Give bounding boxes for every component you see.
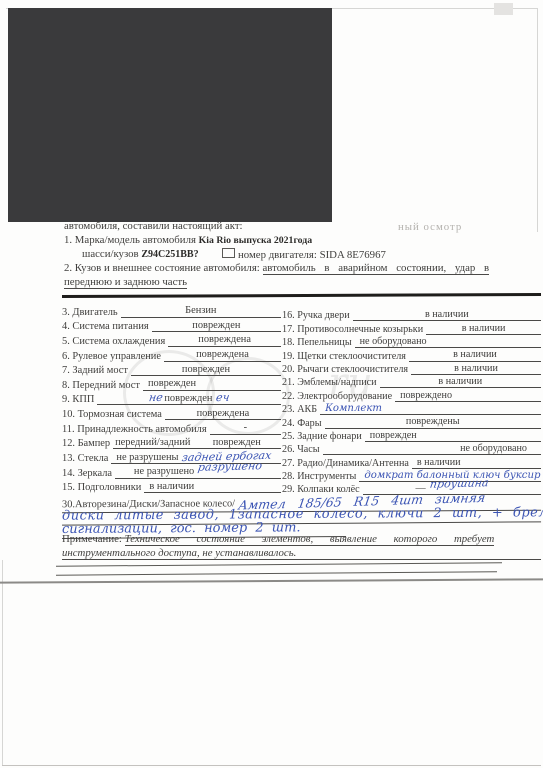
note-label: Примечание: xyxy=(62,533,122,545)
form-row: 9. КППнеповрежденеч xyxy=(62,391,281,406)
item-label: 5. Система охлаждения xyxy=(62,336,168,347)
form-row: 11. Принадлежность автомобиля- xyxy=(62,420,281,435)
item-label: 24. Фары xyxy=(282,418,325,429)
item-value: не разрушены xyxy=(116,452,178,463)
item-value-blank: неповрежденеч xyxy=(97,392,281,405)
form-row: 19. Щетки стеклоочистителяв наличии xyxy=(282,348,541,361)
item2-line1: 2. Кузов и внешнее состояние автомобиля:… xyxy=(64,262,489,274)
item-label: 26. Часы xyxy=(282,444,323,455)
form-row: 20. Рычаги стеклоочистителяв наличии xyxy=(282,362,541,375)
form-row: 27. Радио/Динамика/Антеннав наличии xyxy=(282,455,541,468)
section-divider-line xyxy=(62,293,541,298)
form-row: 7. Задний мостповрежден xyxy=(62,362,281,377)
note-line1: Примечание: Техническое состояние элемен… xyxy=(62,533,541,545)
page-edge-right xyxy=(537,8,538,232)
form-row: 14. Зеркалане разрушеноразрушено xyxy=(62,464,281,479)
item-value: поврежден xyxy=(370,430,417,441)
note-line2: инструментального доступа, не устанавлив… xyxy=(62,547,541,560)
page-edge-left xyxy=(2,560,3,766)
form-row: 15. Подголовникив наличии xyxy=(62,479,281,494)
page-edge-bottom xyxy=(2,765,541,766)
chassis-label: шасси/кузов xyxy=(82,248,139,260)
item-value: поврежден xyxy=(182,364,230,375)
item-value: в наличии xyxy=(454,363,498,374)
scan-corner-smudge xyxy=(494,3,513,15)
form-row: 17. Противосолнечные козырькив наличии xyxy=(282,321,541,334)
item-value: в наличии xyxy=(417,457,461,468)
item2-line2: переднюю и заднюю часть xyxy=(64,276,187,289)
item1-value: Kia Rio выпуска 2021года xyxy=(199,235,312,246)
item-value-blank: повреждена xyxy=(164,349,281,361)
item-value: повреждено xyxy=(400,390,452,401)
item-value: поврежден xyxy=(213,437,261,448)
item-value: Бензин xyxy=(185,305,216,316)
item-label: 14. Зеркала xyxy=(62,468,115,479)
item-label: 28. Инструменты xyxy=(282,471,359,482)
item-value: поврежден xyxy=(164,393,212,404)
item-label: 7. Задний мост xyxy=(62,365,131,376)
item-label: 12. Бампер xyxy=(62,438,113,449)
item-label: 13. Стекла xyxy=(62,453,111,464)
item-value: повреждена xyxy=(198,334,251,345)
item-value: Комплект xyxy=(325,403,382,414)
item-value: не оборудовано xyxy=(360,336,427,347)
item-value-blank: повреждена xyxy=(165,408,281,420)
blank-ruled-line xyxy=(56,570,497,575)
form-row: 18. Пепельницыне оборудовано xyxy=(282,335,541,348)
item-value-blank: поврежден xyxy=(131,364,281,376)
form-row: 3. ДвигательБензин xyxy=(62,303,281,318)
item-value-blank: поврежден xyxy=(152,320,281,332)
act-intro-line: автомобиля, составили настоящий акт: xyxy=(64,220,243,232)
item-value: - xyxy=(244,422,247,433)
item-value: в наличии xyxy=(438,376,482,387)
note-text: инструментального доступа, не устанавлив… xyxy=(62,547,296,559)
form-row: 4. Система питанияповрежден xyxy=(62,318,281,333)
item-value-blank: в наличии xyxy=(426,323,541,335)
document-page: ru автомобиля, составили настоящий акт: … xyxy=(0,0,543,768)
form-row: 24. Фарыповреждены xyxy=(282,415,541,428)
item-label: 18. Пепельницы xyxy=(282,337,355,348)
form-row: 5. Система охлажденияповреждена xyxy=(62,332,281,347)
chassis-line: шасси/кузов Z94C251BB? xyxy=(82,248,199,260)
item-value: повреждена xyxy=(196,349,249,360)
scan-redaction-block xyxy=(8,8,332,222)
form-row: 25. Задние фонариповрежден xyxy=(282,429,541,442)
item-value: поврежден xyxy=(148,378,196,389)
item-value: повреждены xyxy=(406,416,460,427)
item-value: не оборудовано xyxy=(460,443,527,454)
chassis-value: Z94C251BB? xyxy=(141,249,198,260)
form-row: 6. Рулевое управлениеповреждена xyxy=(62,347,281,362)
item-label: 10. Тормозная система xyxy=(62,409,165,420)
item-label: 22. Электрооборудование xyxy=(282,391,395,402)
item-value-blank: не оборудовано xyxy=(323,443,541,455)
item-label: 15. Подголовники xyxy=(62,482,144,493)
item-label: 4. Система питания xyxy=(62,321,152,332)
form-row: 12. Бамперпередний/заднийповрежден xyxy=(62,435,281,450)
item-value-blank: в наличии xyxy=(144,481,281,493)
form-row: 16. Ручка дверив наличии xyxy=(282,308,541,321)
item2-value: автомобиль в аварийном состоянии, удар в xyxy=(263,262,490,275)
item-value-blank: - xyxy=(210,422,281,434)
item-label: 25. Задние фонари xyxy=(282,431,365,442)
form-row: 21. Эмблемы/надписив наличии xyxy=(282,375,541,388)
item-value-blank: не разрушеноразрушено xyxy=(115,465,281,478)
checklist-right-column: 16. Ручка дверив наличии17. Противосолне… xyxy=(282,308,541,495)
item-value-blank: поврежден xyxy=(143,378,281,390)
item1-line: 1. Марка/модель автомобиля Kia Rio выпус… xyxy=(64,234,312,246)
blank-ruled-line xyxy=(56,561,502,567)
item-label: 9. КПП xyxy=(62,394,97,405)
item-value-blank: в наличии xyxy=(353,309,541,321)
item-label: 6. Рулевое управление xyxy=(62,351,164,362)
faint-right-text: ный осмотр xyxy=(398,221,462,233)
item-label: 16. Ручка двери xyxy=(282,310,353,321)
item-label: 27. Радио/Динамика/Антенна xyxy=(282,458,412,469)
item-value: в наличии xyxy=(149,481,194,492)
item-value: поврежден xyxy=(192,320,240,331)
item-label: 19. Щетки стеклоочистителя xyxy=(282,351,409,362)
item-label: 20. Рычаги стеклоочистителя xyxy=(282,364,411,375)
handwritten-note: разрушено xyxy=(197,460,263,474)
item-value-blank: поврежден xyxy=(365,430,541,442)
item-label: 3. Двигатель xyxy=(62,307,121,318)
form-row: 28. Инструментыдомкрат балонный ключ бук… xyxy=(282,469,541,482)
handwritten-note: не xyxy=(148,392,164,404)
checklist-left-column: 3. ДвигательБензин4. Система питанияповр… xyxy=(62,303,281,493)
item-label: 17. Противосолнечные козырьки xyxy=(282,324,426,335)
item-value-blank: повреждена xyxy=(168,334,281,346)
checkbox-icon xyxy=(222,248,235,258)
item-value: не разрушено xyxy=(134,466,194,477)
item-value: в наличии xyxy=(453,349,497,360)
item-value-blank: повреждены xyxy=(325,416,541,428)
item-value: в наличии xyxy=(425,309,469,320)
engine-line: номер двигателя: SIDA 8E76967 xyxy=(222,248,386,261)
form-row: 23. АКБКомплект xyxy=(282,402,541,415)
item-value: повреждена xyxy=(197,408,250,419)
handwritten-note: еч xyxy=(215,392,230,404)
form-row: 8. Передний мостповрежден xyxy=(62,376,281,391)
item-value-blank: Комплект xyxy=(320,403,541,415)
item-label: 8. Передний мост xyxy=(62,380,143,391)
item-sublabel: передний/задний xyxy=(113,437,192,449)
item-value-blank: Бензин xyxy=(121,305,281,317)
item2-label: 2. Кузов и внешнее состояние автомобиля: xyxy=(64,262,260,274)
item-value-blank: в наличии xyxy=(411,363,541,375)
scan-fold-line xyxy=(0,578,543,583)
form-row: 22. Электрооборудованиеповреждено xyxy=(282,388,541,401)
item-value-blank: поврежден xyxy=(193,437,282,449)
form-row: 26. Часыне оборудовано xyxy=(282,442,541,455)
item-label: 23. АКБ xyxy=(282,404,320,415)
item-value-blank: в наличии xyxy=(409,349,541,361)
item-value-blank: в наличии xyxy=(412,457,541,469)
item1-label: 1. Марка/модель автомобиля xyxy=(64,234,196,246)
item-value-blank: не оборудовано xyxy=(355,336,541,348)
engine-value: SIDA 8E76967 xyxy=(320,249,386,261)
note-text: Техническое состояние элементов, выявлен… xyxy=(125,533,495,546)
engine-label: номер двигателя: xyxy=(238,249,317,261)
item-value: в наличии xyxy=(462,323,506,334)
item-value-blank: повреждено xyxy=(395,390,541,402)
form-row: 10. Тормозная системаповреждена xyxy=(62,405,281,420)
item-label: 21. Эмблемы/надписи xyxy=(282,377,380,388)
item-label: 11. Принадлежность автомобиля xyxy=(62,424,210,435)
item-value-blank: в наличии xyxy=(380,376,541,388)
